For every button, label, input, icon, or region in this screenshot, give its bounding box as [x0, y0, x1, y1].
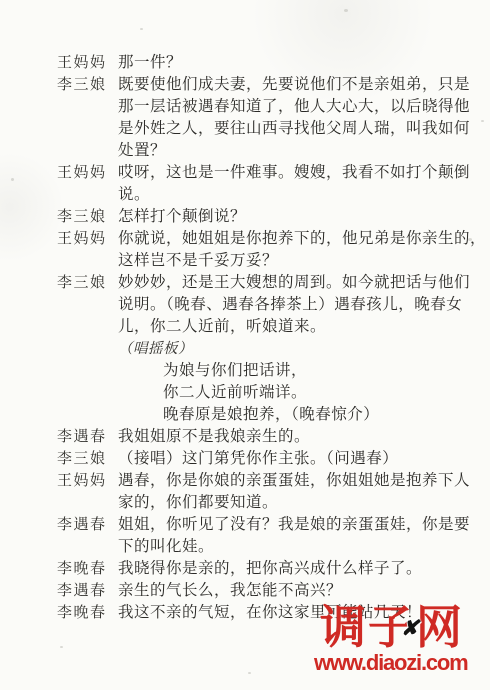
script-line: 家的，你们都要知道。 — [118, 492, 490, 514]
script-line: 哎呀，这也是一件难事。嫂嫂，我看不如打个颠倒 — [118, 162, 490, 184]
dialogue-lines: 你就说，她姐姐是你抱养下的，他兄弟是你亲生的，这样岂不是千妥万妥？ — [118, 228, 490, 272]
speaker-name: 李三娘 — [57, 206, 117, 228]
script-line: 妙妙妙，还是王大嫂想的周到。如今就把话与他们 — [118, 272, 490, 294]
script-line: （接唱）这门第凭你作主张。（问遇春） — [118, 448, 490, 470]
script-line: 那一件？ — [118, 52, 490, 74]
script-line: 我姐姐原不是我娘亲生的。 — [118, 426, 490, 448]
scan-noise-speck — [468, 238, 472, 241]
script-entry: 王妈妈 哎呀，这也是一件难事。嫂嫂，我看不如打个颠倒说。 — [0, 162, 490, 206]
script-entry: 李三娘 （接唱）这门第凭你作主张。（问遇春） — [0, 448, 490, 470]
script-line: 下的叫化娃。 — [118, 536, 490, 558]
script-entry: （唱摇板） — [0, 338, 490, 360]
script-entry: 李三娘 妙妙妙，还是王大嫂想的周到。如今就把话与他们说明。（晚春、遇春各捧茶上）… — [0, 272, 490, 338]
script-line: 这样岂不是千妥万妥？ — [118, 250, 490, 272]
script-entry: 李晚春 我晓得你是亲的，把你高兴成什么样子了。 — [0, 558, 490, 580]
dialogue-lines: 姐姐，你听见了没有？我是娘的亲蛋蛋娃，你是要下的叫化娃。 — [118, 514, 490, 558]
dialogue-lines: 怎样打个颠倒说？ — [118, 206, 490, 228]
watermark-site-url: www.diaozi.com — [314, 650, 468, 676]
scan-noise-speck — [60, 646, 63, 648]
dialogue-lines: 既要使他们成夫妻，先要说他们不是亲姐弟，只是那一层话被遇春知道了，他人大心大，以… — [118, 74, 490, 162]
speaker-name: 李晚春 — [57, 558, 117, 580]
script-entry: 李三娘 既要使他们成夫妻，先要说他们不是亲姐弟，只是那一层话被遇春知道了，他人大… — [0, 74, 490, 162]
page-corner-mark: ✘ — [401, 616, 419, 641]
dialogue-lines: 我晓得你是亲的，把你高兴成什么样子了。 — [118, 558, 490, 580]
script-entry: 为娘与你们把话讲，你二人近前听端详。晚春原是娘抱养，（晚春惊介） — [0, 360, 490, 426]
script-entry: 李遇春 姐姐，你听见了没有？我是娘的亲蛋蛋娃，你是要下的叫化娃。 — [0, 514, 490, 558]
script-entry: 李遇春 亲生的气长么，我怎能不高兴？ — [0, 580, 490, 602]
speaker-name: 王妈妈 — [57, 470, 117, 492]
script-line: 儿，你二人近前，听娘道来。 — [118, 316, 490, 338]
script-line: 说。 — [118, 184, 490, 206]
script-line: 说明。（晚春、遇春各捧茶上）遇春孩儿，晚春女 — [118, 294, 490, 316]
script-line: 我晓得你是亲的，把你高兴成什么样子了。 — [118, 558, 490, 580]
script-text-block: 王妈妈 那一件？ 李三娘 既要使他们成夫妻，先要说他们不是亲姐弟，只是那一层话被… — [0, 52, 490, 624]
dialogue-lines: 妙妙妙，还是王大嫂想的周到。如今就把话与他们说明。（晚春、遇春各捧茶上）遇春孩儿… — [118, 272, 490, 338]
speaker-name: 王妈妈 — [57, 162, 117, 184]
script-entry: 王妈妈 那一件？ — [0, 52, 490, 74]
speaker-name: 李遇春 — [57, 426, 117, 448]
scan-noise-speck — [481, 120, 484, 122]
speaker-name: 王妈妈 — [57, 228, 117, 250]
script-line: 处置？ — [118, 140, 490, 162]
scanned-script-page: 王妈妈 那一件？ 李三娘 既要使他们成夫妻，先要说他们不是亲姐弟，只是那一层话被… — [0, 0, 490, 690]
script-line: 亲生的气长么，我怎能不高兴？ — [118, 580, 490, 602]
script-line: 遇春，你是你娘的亲蛋蛋娃，你姐姐她是抱养下人 — [118, 470, 490, 492]
dialogue-lines: 哎呀，这也是一件难事。嫂嫂，我看不如打个颠倒说。 — [118, 162, 490, 206]
scan-noise-speck — [248, 672, 251, 674]
dialogue-lines: 遇春，你是你娘的亲蛋蛋娃，你姐姐她是抱养下人家的，你们都要知道。 — [118, 470, 490, 514]
script-line: 为娘与你们把话讲， — [118, 360, 490, 382]
watermark-site-name: 调子网 — [320, 602, 464, 652]
scan-noise-speck — [11, 178, 14, 181]
speaker-name: 李遇春 — [57, 580, 117, 602]
scan-noise-speck — [140, 28, 143, 30]
script-line: 姐姐，你听见了没有？我是娘的亲蛋蛋娃，你是要 — [118, 514, 490, 536]
speaker-name: 李三娘 — [57, 448, 117, 470]
dialogue-lines: 亲生的气长么，我怎能不高兴？ — [118, 580, 490, 602]
script-entry: 王妈妈 你就说，她姐姐是你抱养下的，他兄弟是你亲生的，这样岂不是千妥万妥？ — [0, 228, 490, 272]
dialogue-lines: （唱摇板） — [118, 338, 490, 360]
script-line: 是外姓之人，要往山西寻找他父周人瑞，叫我如何 — [118, 118, 490, 140]
script-line: 你二人近前听端详。 — [118, 382, 490, 404]
script-line: 既要使他们成夫妻，先要说他们不是亲姐弟，只是 — [118, 74, 490, 96]
speaker-name: 李三娘 — [57, 272, 117, 294]
script-entry: 李遇春 我姐姐原不是我娘亲生的。 — [0, 426, 490, 448]
script-entry: 王妈妈 遇春，你是你娘的亲蛋蛋娃，你姐姐她是抱养下人家的，你们都要知道。 — [0, 470, 490, 514]
script-line: （唱摇板） — [118, 338, 490, 360]
speaker-name: 李三娘 — [57, 74, 117, 96]
dialogue-lines: 那一件？ — [118, 52, 490, 74]
script-line: 怎样打个颠倒说？ — [118, 206, 490, 228]
dialogue-lines: 我姐姐原不是我娘亲生的。 — [118, 426, 490, 448]
dialogue-lines: （接唱）这门第凭你作主张。（问遇春） — [118, 448, 490, 470]
script-line: 那一层话被遇春知道了，他人大心大，以后晓得他 — [118, 96, 490, 118]
script-line: 你就说，她姐姐是你抱养下的，他兄弟是你亲生的， — [118, 228, 490, 250]
speaker-name: 李晚春 — [57, 602, 117, 624]
speaker-name: 王妈妈 — [57, 52, 117, 74]
script-line: 晚春原是娘抱养，（晚春惊介） — [118, 404, 490, 426]
speaker-name: 李遇春 — [57, 514, 117, 536]
scan-noise-speck — [344, 9, 348, 12]
script-entry: 李三娘 怎样打个颠倒说？ — [0, 206, 490, 228]
dialogue-lines: 为娘与你们把话讲，你二人近前听端详。晚春原是娘抱养，（晚春惊介） — [118, 360, 490, 426]
